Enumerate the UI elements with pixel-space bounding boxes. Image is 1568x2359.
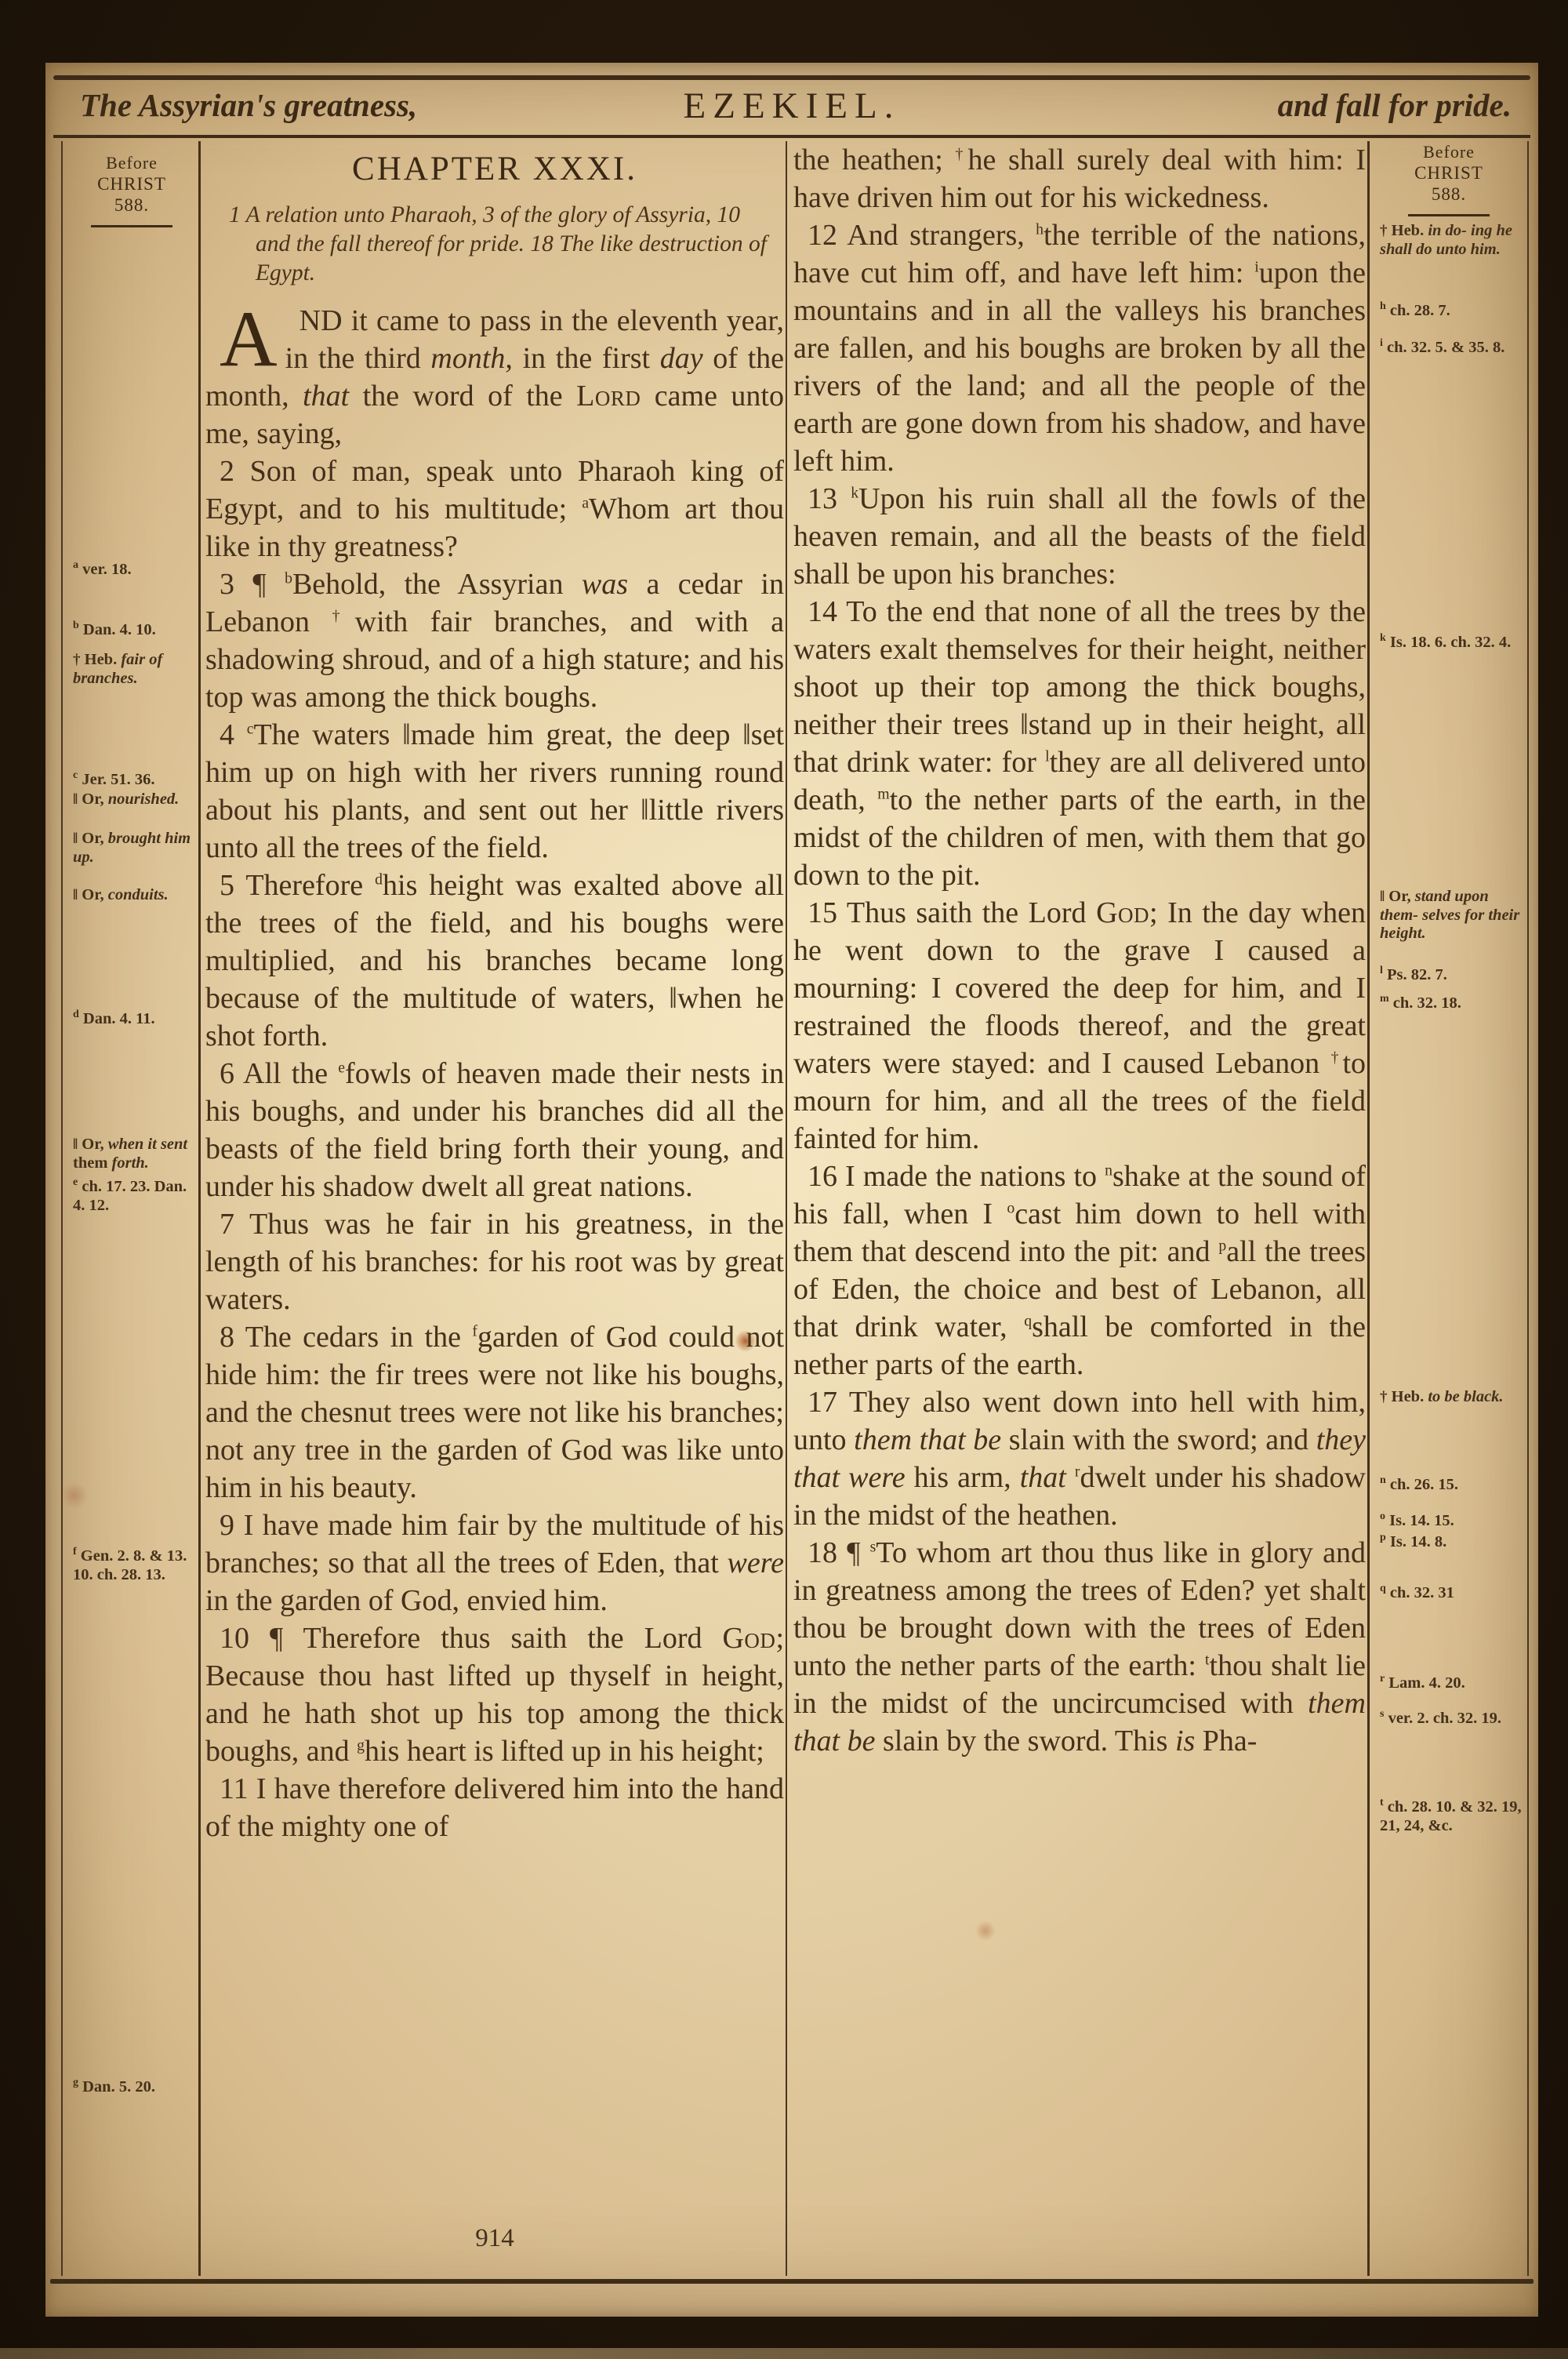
- before-christ-line: CHRIST: [1374, 162, 1524, 184]
- margin-note: ‖ Or, when it sent them forth.: [73, 1136, 195, 1172]
- before-christ-line: Before: [67, 152, 197, 173]
- verse: 14 To the end that none of all the trees…: [793, 593, 1366, 894]
- page-header: The Assyrian's greatness, EZEKIEL. and f…: [45, 80, 1538, 130]
- margin-note: ‖ Or, brought him up.: [73, 830, 195, 867]
- page-edge-rule-right: [1527, 141, 1529, 2276]
- verse: 12 And strangers, hthe terrible of the n…: [793, 216, 1366, 480]
- margin-note: n ch. 26. 15.: [1380, 1476, 1523, 1495]
- margin-note: f Gen. 2. 8. & 13. 10. ch. 28. 13.: [73, 1547, 195, 1584]
- margin-note: o Is. 14. 15.: [1380, 1512, 1523, 1531]
- margin-note: c Jer. 51. 36.: [73, 771, 195, 790]
- chapter-summary: 1 A relation unto Pharaoh, 3 of the glor…: [229, 201, 779, 288]
- margin-note: a ver. 18.: [73, 561, 195, 580]
- margin-note: k Is. 18. 6. ch. 32. 4.: [1380, 634, 1523, 652]
- margin-note: † Heb. in do- ing he shall do unto him.: [1380, 222, 1523, 259]
- verse: 17 They also went down into hell with hi…: [793, 1383, 1366, 1534]
- verse: 5 Therefore dhis height was exalted abov…: [205, 867, 784, 1055]
- margin-note: l Ps. 82. 7.: [1380, 966, 1523, 985]
- running-head-right: and fall for pride.: [1278, 86, 1512, 124]
- verse: 10 ¶ Therefore thus saith the Lord God; …: [205, 1619, 784, 1770]
- page-bottom-rule: [50, 2279, 1534, 2284]
- margin-note: ‖ Or, nourished.: [73, 791, 195, 809]
- margin-note: g Dan. 5. 20.: [73, 2078, 195, 2097]
- verse: 7 Thus was he fair in his greatness, in …: [205, 1205, 784, 1318]
- margin-note: q ch. 32. 31: [1380, 1584, 1523, 1603]
- margin-note: p Is. 14. 8.: [1380, 1533, 1523, 1552]
- verse: the heathen; †he shall surely deal with …: [793, 141, 1366, 216]
- verse: 13 kUpon his ruin shall all the fowls of…: [793, 480, 1366, 593]
- column-divider-center: [786, 141, 787, 2276]
- right-margin-column: Before CHRIST 588. † Heb. in do- ing he …: [1374, 141, 1524, 2276]
- verse: AND it came to pass in the eleventh year…: [205, 302, 784, 453]
- verse: 15 Thus saith the Lord God; In the day w…: [793, 894, 1366, 1158]
- verse: 6 All the efowls of heaven made their ne…: [205, 1055, 784, 1205]
- before-christ-rule: [91, 225, 172, 227]
- before-christ-line: Before: [1374, 141, 1524, 162]
- verse: 9 I have made him fair by the multitude …: [205, 1507, 784, 1619]
- before-christ-line: 588.: [1374, 184, 1524, 205]
- page-edge-rule-left: [61, 141, 63, 2276]
- margin-note: † Heb. to be black.: [1380, 1388, 1523, 1407]
- right-text-column: the heathen; †he shall surely deal with …: [793, 141, 1366, 2276]
- margin-note: i ch. 32. 5. & 35. 8.: [1380, 339, 1523, 358]
- margin-note: ‖ Or, stand upon them- selves for their …: [1380, 888, 1523, 943]
- next-page-edge: [0, 2348, 1568, 2359]
- verse: 11 I have therefore delivered him into t…: [205, 1770, 784, 1845]
- verse: 2 Son of man, speak unto Pharaoh king of…: [205, 453, 784, 565]
- margin-note: s ver. 2. ch. 32. 19.: [1380, 1710, 1523, 1728]
- before-christ-line: CHRIST: [67, 173, 197, 194]
- chapter-heading: CHAPTER XXXI.: [205, 149, 784, 190]
- verse: 8 The cedars in the fgarden of God could…: [205, 1318, 784, 1507]
- before-christ-block: Before CHRIST 588.: [1374, 141, 1524, 216]
- page-number: 914: [205, 2224, 784, 2253]
- verse: 16 I made the nations to nshake at the s…: [793, 1158, 1366, 1383]
- verse: 4 cThe waters ‖made him great, the deep …: [205, 716, 784, 867]
- margin-note: r Lam. 4. 20.: [1380, 1674, 1523, 1693]
- column-divider-left: [198, 141, 201, 2276]
- before-christ-line: 588.: [67, 194, 197, 216]
- bible-page: The Assyrian's greatness, EZEKIEL. and f…: [45, 63, 1538, 2317]
- left-text-column: CHAPTER XXXI. 1 A relation unto Pharaoh,…: [205, 141, 784, 2276]
- header-rule: [53, 135, 1530, 138]
- margin-note: e ch. 17. 23. Dan. 4. 12.: [73, 1178, 195, 1215]
- margin-note: h ch. 28. 7.: [1380, 302, 1523, 321]
- margin-note: ‖ Or, conduits.: [73, 886, 195, 905]
- column-divider-right: [1367, 141, 1370, 2276]
- margin-note: m ch. 32. 18.: [1380, 994, 1523, 1013]
- margin-note: † Heb. fair of branches.: [73, 651, 195, 688]
- margin-note: d Dan. 4. 11.: [73, 1010, 195, 1029]
- margin-note: t ch. 28. 10. & 32. 19, 21, 24, &c.: [1380, 1798, 1523, 1835]
- margin-note: b Dan. 4. 10.: [73, 621, 195, 640]
- before-christ-block: Before CHRIST 588.: [67, 152, 197, 227]
- left-margin-column: Before CHRIST 588. a ver. 18.b Dan. 4. 1…: [67, 141, 197, 2276]
- verse: 3 ¶ bBehold, the Assyrian was a cedar in…: [205, 565, 784, 716]
- drop-cap: A: [205, 302, 285, 373]
- before-christ-rule: [1408, 214, 1490, 216]
- verse: 18 ¶ sTo whom art thou thus like in glor…: [793, 1534, 1366, 1760]
- photo-surround: { "header": { "left_running_head": "The …: [0, 0, 1568, 2359]
